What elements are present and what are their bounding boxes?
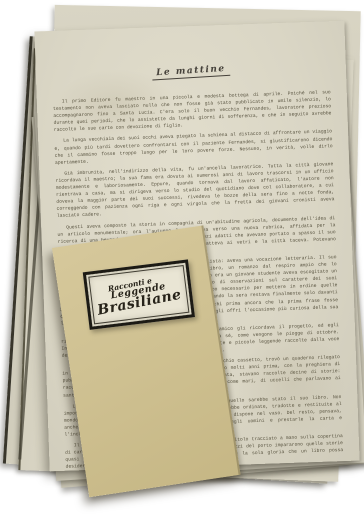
booklet-title-label: Racconti e Leggende Brasiliane bbox=[83, 259, 195, 329]
handwritten-page-title: Le mattine bbox=[36, 51, 347, 88]
paragraph: La lunga vecchiaia dei suoi occhi aveva … bbox=[54, 129, 333, 167]
paragraph: Già imbrunita, nell'indirizzo della vita… bbox=[55, 161, 335, 220]
paragraph: Il primo Editore fu maestro in una picco… bbox=[53, 89, 332, 134]
photo-of-paper-stack: Le mattine Il primo Editore fu maestro i… bbox=[0, 0, 364, 517]
